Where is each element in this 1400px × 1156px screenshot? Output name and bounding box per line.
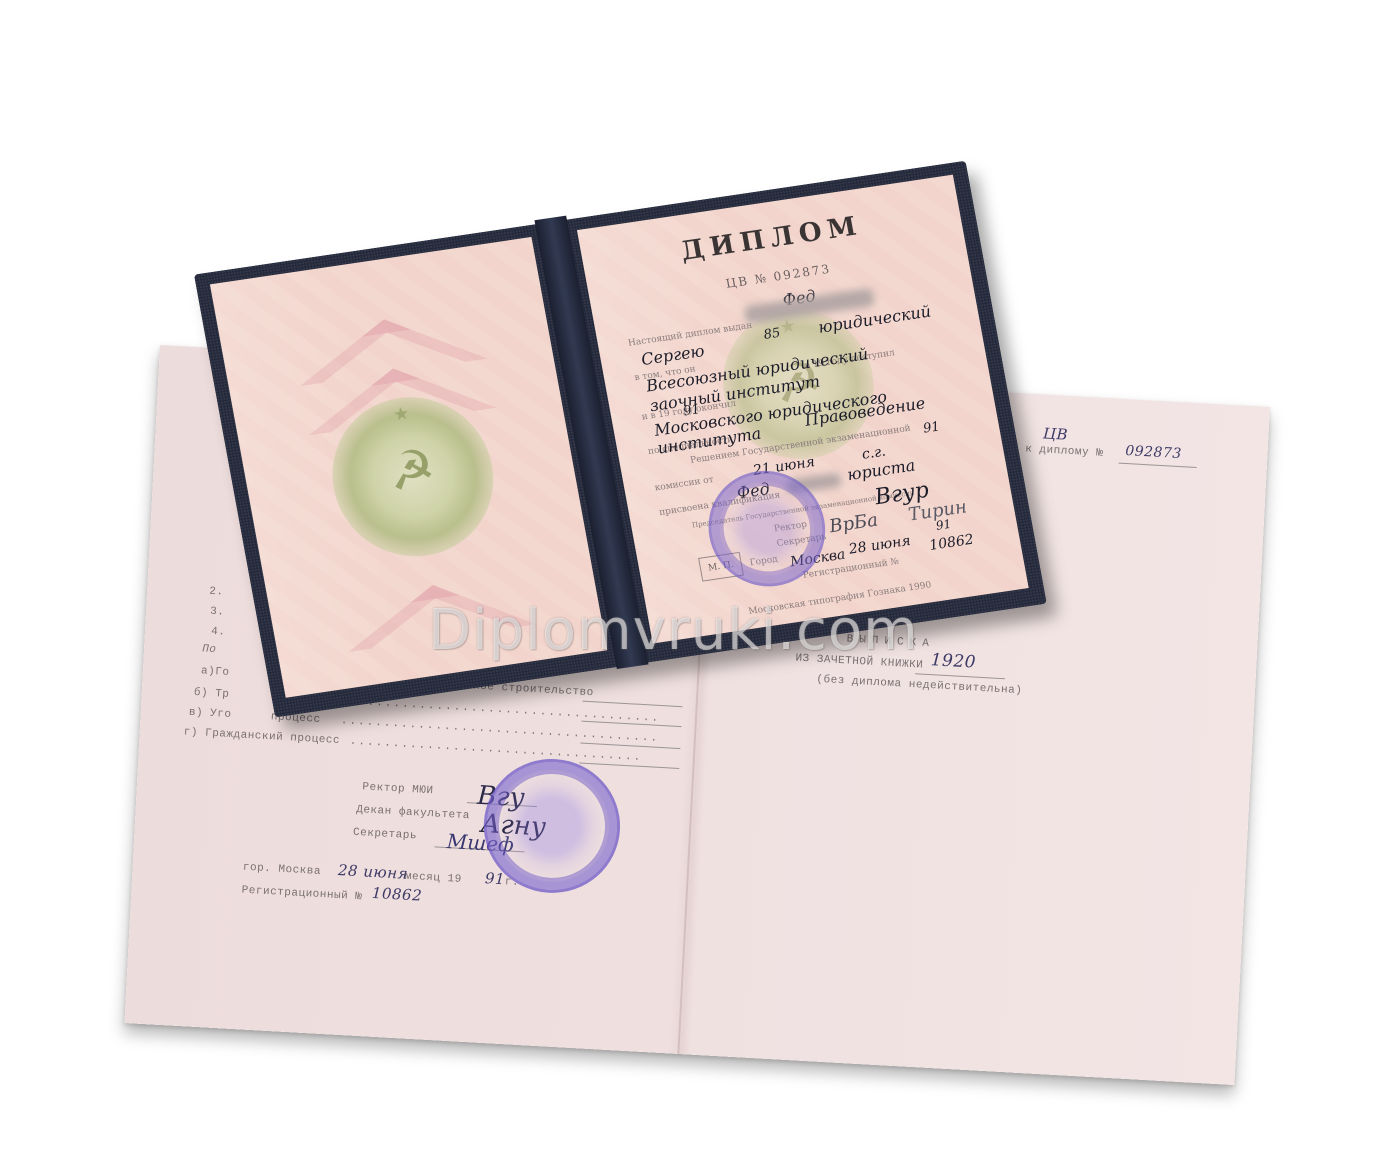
- diploma-right-page: ДИПЛОМ ЦВ № 092873 Настоящий диплом выда…: [577, 175, 1029, 644]
- site-watermark: Diplomvruki.com: [428, 598, 919, 663]
- rector-label: Ректор МЮИ: [362, 781, 434, 797]
- po-label: По: [202, 643, 217, 656]
- item-4: 4.: [211, 626, 226, 639]
- appendix-rule: [1119, 463, 1197, 468]
- grade-rule: [579, 762, 679, 769]
- dean-label: Декан факультета: [356, 804, 470, 822]
- item-3: 3.: [210, 606, 225, 619]
- extract-rule: [915, 673, 1005, 679]
- appendix-number: 092873: [1125, 443, 1182, 462]
- city-date: 28 июня: [338, 861, 409, 883]
- grade-rule: [580, 743, 680, 750]
- grade-rule: [583, 701, 683, 708]
- city-year: 91: [485, 869, 506, 888]
- year-suffix: г.: [505, 876, 520, 889]
- extract-number: 1920: [930, 650, 976, 672]
- ussr-emblem-icon: [319, 386, 506, 567]
- subject-c: в) Уго: [189, 707, 232, 721]
- secretary-label: Секретарь: [353, 827, 418, 843]
- registration-number: 10862: [371, 884, 422, 905]
- month-label: месяц 19: [405, 871, 462, 886]
- hand-commission-year: 91: [922, 419, 941, 436]
- subject-b: б) Тр: [194, 687, 230, 701]
- hand-issue-year: 91: [935, 517, 953, 533]
- photo-scene: ЦВ Приложение к диплому № 092873 ВЫПИСКА…: [0, 0, 1400, 1156]
- item-2: 2.: [209, 586, 224, 599]
- hand-admission-year: 85: [763, 326, 782, 343]
- series-handwritten: ЦВ: [1042, 424, 1068, 443]
- city-prefix: гор. Москва: [243, 862, 322, 878]
- subject-a: а)Го: [201, 665, 230, 679]
- registration-label: Регистрационный №: [241, 885, 362, 904]
